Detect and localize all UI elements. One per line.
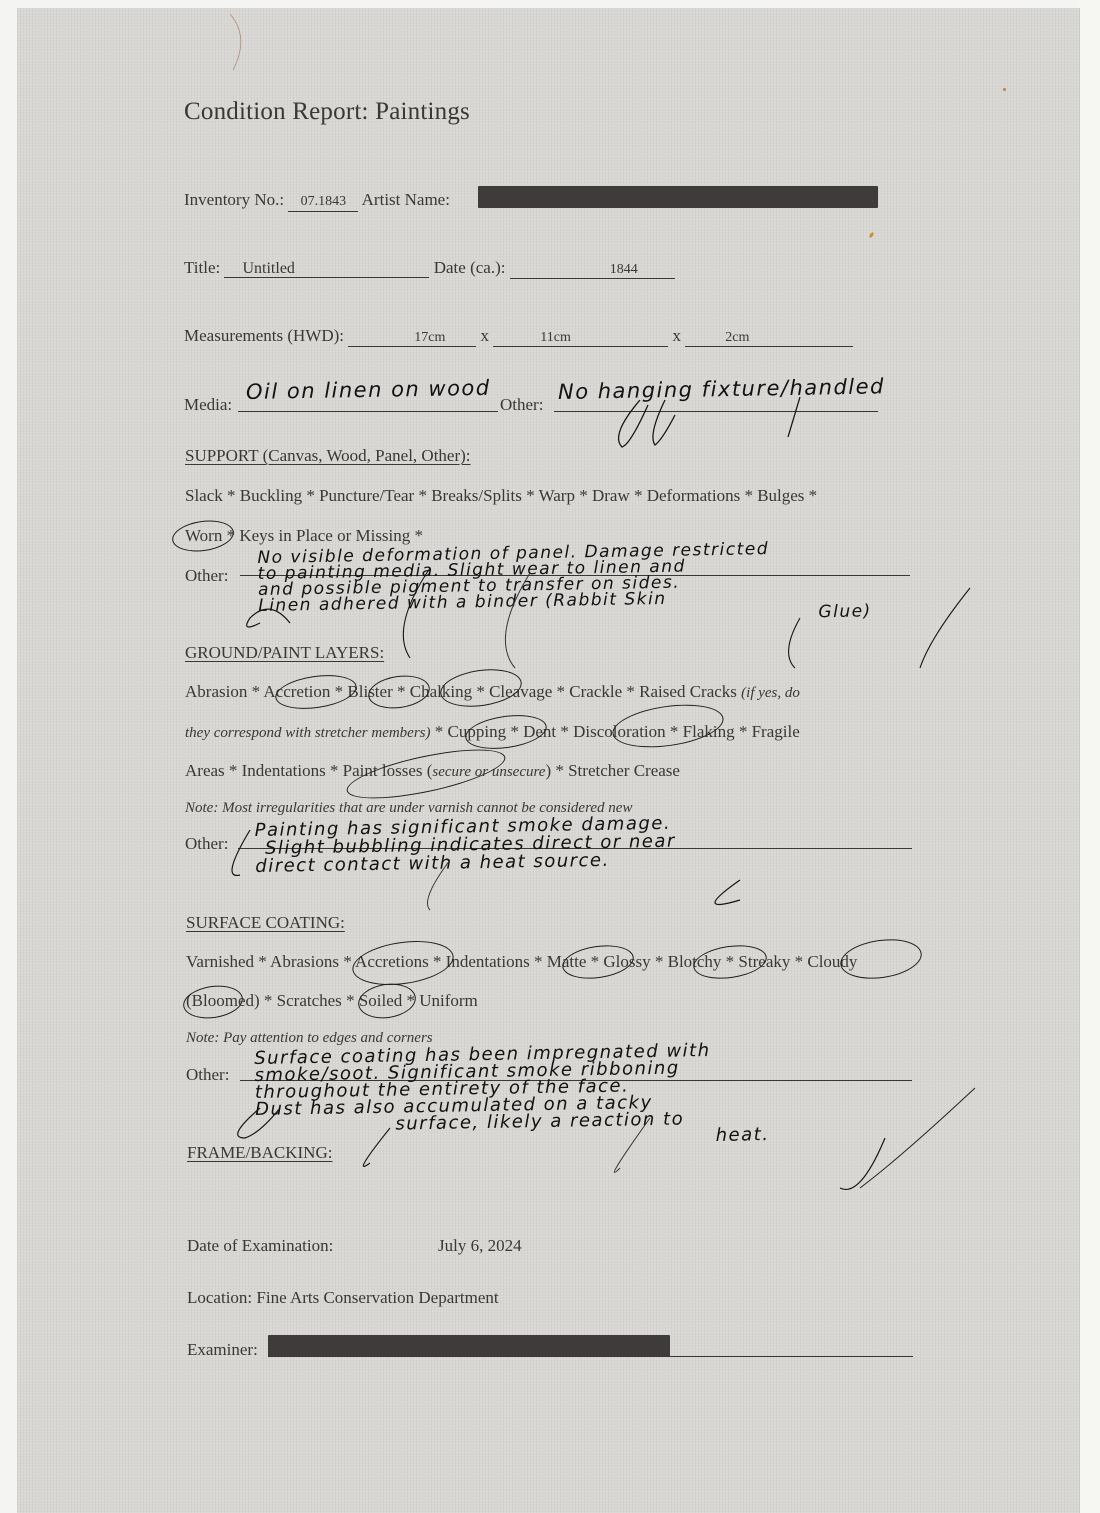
ground-other-label: Other: — [185, 834, 228, 854]
location-value[interactable]: Fine Arts Conservation Department — [256, 1288, 498, 1307]
location-row: Location: Fine Arts Conservation Departm… — [187, 1288, 499, 1308]
media-underline — [238, 411, 498, 412]
date-value[interactable]: 1844 — [510, 261, 675, 279]
support-options-line1: Slack * Buckling * Puncture/Tear * Break… — [185, 486, 817, 506]
x-separator: x — [481, 326, 490, 345]
support-heading: SUPPORT (Canvas, Wood, Panel, Other): — [185, 446, 471, 466]
inventory-row: Inventory No.: 07.1843 Artist Name: — [184, 190, 450, 212]
exam-date-value[interactable]: July 6, 2024 — [438, 1236, 522, 1256]
inventory-label: Inventory No.: — [184, 190, 284, 209]
support-other-label: Other: — [185, 566, 228, 586]
location-label: Location: — [187, 1288, 252, 1307]
paper-speck — [1003, 88, 1006, 91]
media-other-underline — [554, 411, 878, 412]
ground-options-text: ) * Stretcher Crease — [545, 761, 680, 780]
artist-label: Artist Name: — [362, 190, 450, 209]
x-separator: x — [673, 326, 682, 345]
title-label: Title: — [184, 258, 220, 277]
examiner-underline[interactable] — [268, 1356, 913, 1357]
height-value[interactable]: 17cm — [348, 329, 476, 347]
ground-heading: GROUND/PAINT LAYERS: — [185, 643, 384, 663]
measurements-label: Measurements (HWD): — [184, 326, 344, 345]
media-label: Media: — [184, 395, 232, 415]
depth-value[interactable]: 2cm — [685, 329, 853, 347]
ground-options-italic: they correspond with stretcher members) — [185, 725, 431, 741]
media-value[interactable]: Oil on linen on wood — [246, 376, 491, 404]
surface-note: Note: Pay attention to edges and corners — [186, 1030, 433, 1047]
surface-other-label: Other: — [186, 1065, 229, 1085]
title-value[interactable]: Untitled — [224, 260, 429, 278]
exam-date-label: Date of Examination: — [187, 1236, 333, 1256]
examiner-redaction — [268, 1335, 670, 1357]
artist-name-redaction — [478, 186, 878, 208]
date-label: Date (ca.): — [434, 258, 506, 277]
title-row: Title: Untitled Date (ca.): 1844 — [184, 258, 675, 279]
examiner-label: Examiner: — [187, 1340, 258, 1360]
ground-options-italic: (if yes, do — [741, 685, 800, 701]
page-title: Condition Report: Paintings — [184, 98, 470, 126]
surface-heading: SURFACE COATING: — [186, 913, 345, 933]
width-value[interactable]: 11cm — [493, 329, 668, 347]
ground-other-notes[interactable]: Painting has significant smoke damage. S… — [255, 815, 677, 876]
media-other-label: Other: — [500, 395, 543, 415]
scan-margin — [1079, 0, 1100, 1513]
surface-other-notes[interactable]: Surface coating has been impregnated wit… — [254, 1041, 769, 1152]
support-other-notes[interactable]: No visible deformation of panel. Damage … — [257, 539, 872, 630]
inventory-value[interactable]: 07.1843 — [288, 193, 358, 212]
measurements-row: Measurements (HWD): 17cm x 11cm x 2cm — [184, 326, 853, 347]
frame-backing-heading: FRAME/BACKING: — [187, 1143, 332, 1163]
